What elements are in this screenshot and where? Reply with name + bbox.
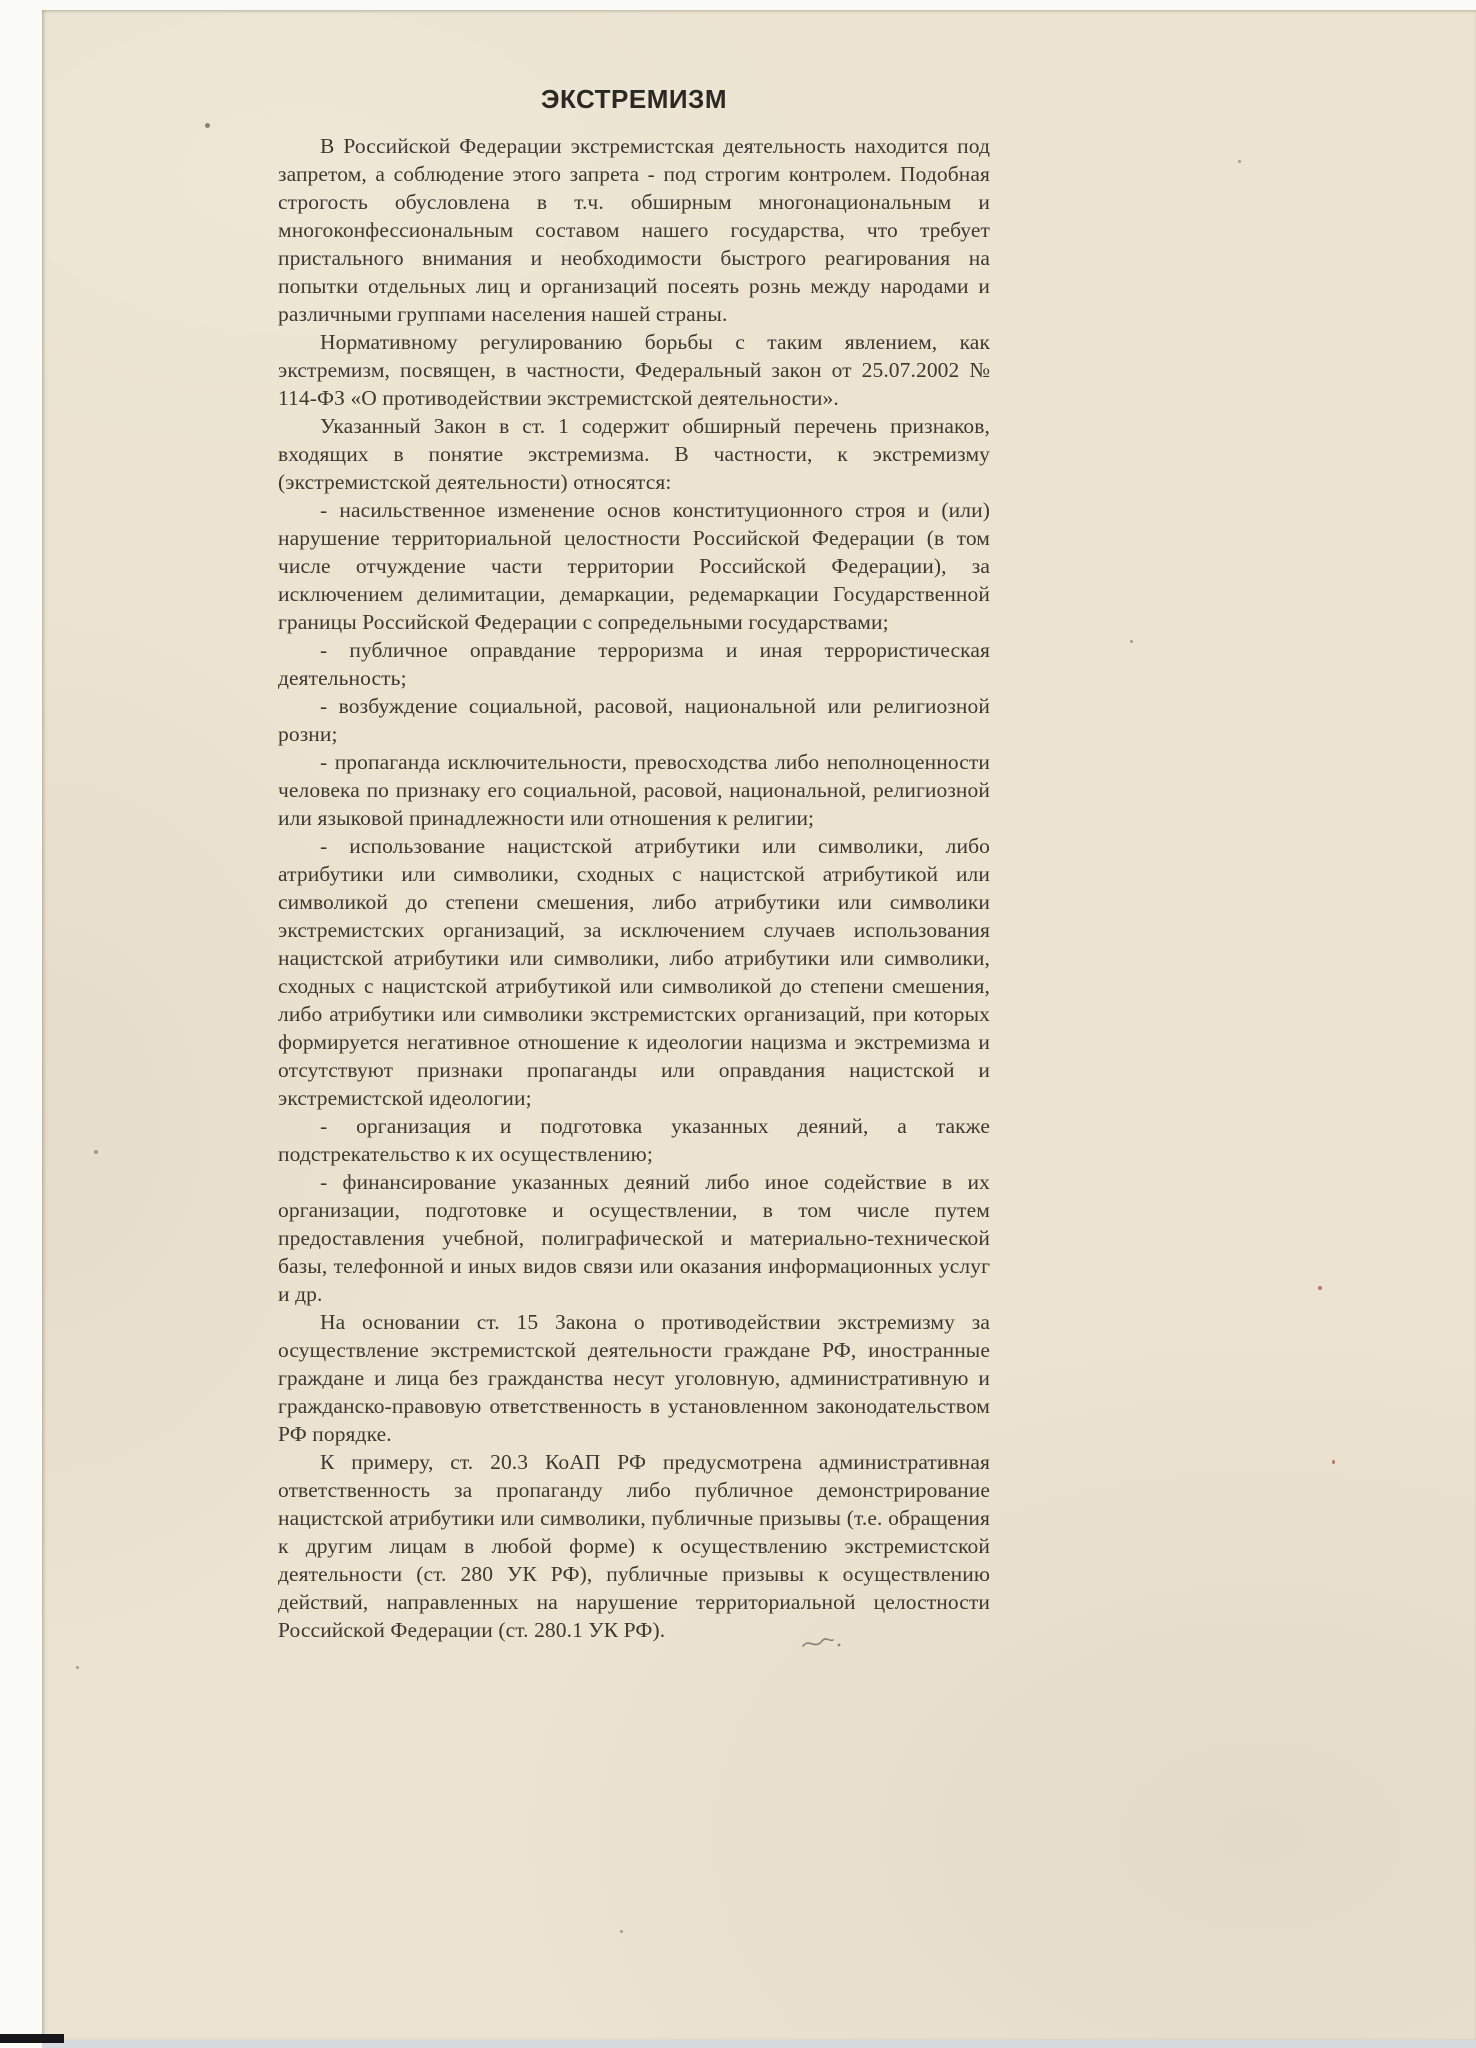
scanner-background-top (0, 0, 1476, 10)
paragraph: В Российской Федерации экстремистская де… (278, 132, 990, 328)
scanned-document-page: { "page": { "title": "ЭКСТРЕМИЗМ", "para… (0, 0, 1476, 2048)
scan-edge-shadow (0, 2034, 64, 2043)
paragraph-bullet: - финансирование указанных деяний либо и… (278, 1168, 990, 1308)
paragraph: К примеру, ст. 20.3 КоАП РФ предусмотрен… (278, 1448, 990, 1644)
document-body: В Российской Федерации экстремистская де… (278, 132, 990, 1644)
paragraph-bullet: - использование нацистской атрибутики ил… (278, 832, 990, 1112)
paragraph-bullet: - насильственное изменение основ констит… (278, 496, 990, 636)
paragraph: Нормативному регулированию борьбы с таки… (278, 328, 990, 412)
paragraph-bullet: - публичное оправдание терроризма и иная… (278, 636, 990, 692)
paragraph-bullet: - пропаганда исключительности, превосход… (278, 748, 990, 832)
paragraph-bullet: - возбуждение социальной, расовой, нацио… (278, 692, 990, 748)
paper-bottom-edge (42, 2040, 1476, 2048)
paragraph: Указанный Закон в ст. 1 содержит обширны… (278, 412, 990, 496)
paragraph-bullet: - организация и подготовка указанных дея… (278, 1112, 990, 1168)
paragraph: На основании ст. 15 Закона о противодейс… (278, 1308, 990, 1448)
document-title: ЭКСТРЕМИЗМ (278, 84, 990, 115)
scanner-background-left (0, 0, 42, 2048)
stray-pen-mark (800, 1632, 844, 1654)
document-text-block: ЭКСТРЕМИЗМ В Российской Федерации экстре… (278, 84, 990, 1644)
